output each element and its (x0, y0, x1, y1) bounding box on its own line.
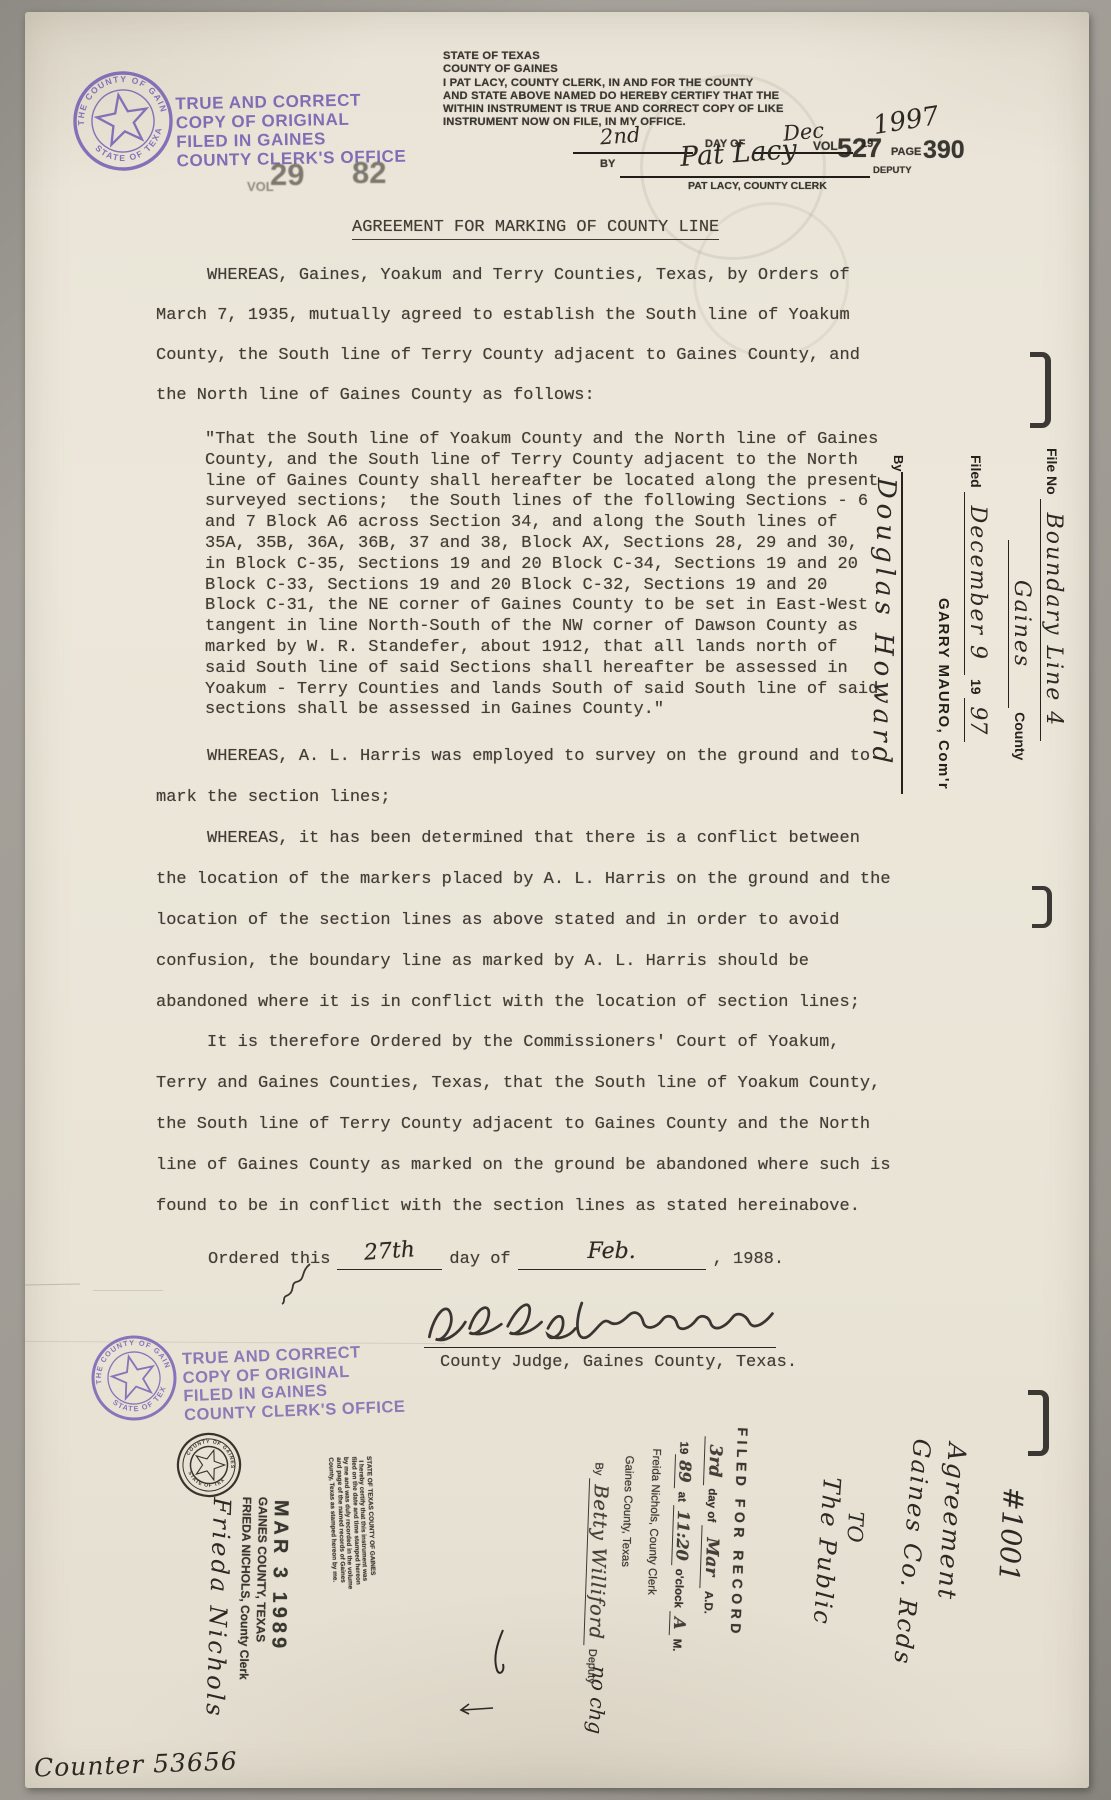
judge-signature-line (424, 1347, 776, 1348)
by-label: By (891, 455, 906, 472)
certification-stamp: STATE OF TEXAS COUNTY OF GAINES I PAT LA… (443, 50, 784, 130)
svg-text:STATE OF TEXAS: STATE OF TEXAS (105, 1364, 173, 1419)
file-no-label: File No (1044, 448, 1060, 495)
file-no-handwriting: Boundary Line 4 (1040, 499, 1066, 742)
ordered-month-fill: Feb. (518, 1244, 706, 1270)
deputy-label: DEPUTY (873, 165, 912, 176)
docket-number: #1001 (992, 1486, 1030, 1582)
seal-bottom-text: STATE OF TEXAS (105, 1364, 173, 1419)
record-ampm-handwriting: A (669, 1611, 690, 1636)
vol-label: VOL (813, 139, 838, 153)
faint-vol-b: 82 (352, 155, 386, 191)
filed-line: Filed December 9 19 97 (965, 455, 990, 742)
quote-block: "That the South line of Yoakum County an… (205, 430, 878, 721)
deputy-signature: Betty Williford (583, 1478, 612, 1646)
record-dayof-label: day of (705, 1488, 718, 1522)
clerk-name-label: PAT LACY, COUNTY CLERK (688, 180, 827, 192)
cert-line: AND STATE ABOVE NAMED DO HEREBY CERTIFY … (443, 90, 784, 103)
record-m-label: M. (670, 1638, 682, 1651)
paragraph-4: It is therefore Ordered by the Commissio… (156, 1022, 891, 1227)
county-judge-signature (423, 1290, 783, 1352)
county-line: Gaines County (1009, 540, 1034, 760)
gaines-county-seal: THE COUNTY OF GAINES STATE OF TEXAS (79, 1323, 188, 1432)
paragraph-3: WHEREAS, it has been determined that the… (156, 818, 891, 1023)
ordered-day-fill: 27th (337, 1244, 442, 1270)
record-at-label: at (675, 1492, 687, 1503)
recording-certification-stamp: STATE OF TEXAS COUNTY OF GAINES I hereby… (326, 1456, 376, 1590)
ordered-mid: day of (449, 1250, 510, 1269)
cert-line: STATE OF TEXAS (443, 50, 784, 63)
paragraph-2: WHEREAS, A. L. Harris was employed to su… (156, 736, 870, 818)
filed-for-record-stamp: FILED FOR RECORD 3rd day of Mar A.D. 198… (577, 1422, 756, 1689)
record-time-handwriting: 11:20 (671, 1505, 693, 1566)
filed-label: Filed (968, 455, 984, 488)
filed-year-handwriting: 97 (964, 698, 990, 742)
paragraph-1: WHEREAS, Gaines, Yoakum and Terry Counti… (156, 256, 860, 416)
judge-title: County Judge, Gaines County, Texas. (440, 1353, 797, 1372)
county-label: County (1012, 712, 1028, 760)
frieda-nichols-signature: Frieda Nichols (200, 1497, 236, 1719)
date-received-stamp: MAR 3 1989 (266, 1500, 292, 1653)
file-no-line: File No Boundary Line 4 (1041, 448, 1066, 741)
ordered-day-handwriting: 27th (364, 1237, 417, 1265)
crease-mark (93, 1290, 163, 1291)
docket-grantor: Gaines Co. Rcds (888, 1438, 936, 1667)
margin-bracket (1028, 1390, 1049, 1456)
by-signature-line (901, 472, 903, 794)
copy-stamp: TRUE AND CORRECT COPY OF ORIGINAL FILED … (182, 1342, 406, 1425)
record-year-handwriting: 89 (674, 1454, 695, 1489)
paper: THE COUNTY OF GAINES STATE OF TEXAS TRUE… (25, 12, 1089, 1788)
arrow-pen-mark (455, 1700, 495, 1718)
crease-mark (25, 1284, 80, 1286)
filed-yearpre: 19 (968, 679, 984, 695)
page-number: 390 (923, 136, 965, 165)
docket-title: Agreement (932, 1442, 972, 1602)
counter-note: Counter 53656 (34, 1746, 239, 1782)
docket-to: TO (842, 1511, 868, 1543)
document-title: AGREEMENT FOR MARKING OF COUNTY LINE (352, 218, 719, 240)
page-label: PAGE (891, 146, 921, 158)
docket-grantee: The Public (808, 1476, 846, 1627)
cert-line: I PAT LACY, COUNTY CLERK, IN AND FOR THE… (443, 77, 784, 90)
cert-line: WITHIN INSTRUMENT IS TRUE AND CORRECT CO… (443, 103, 784, 116)
margin-bracket (1032, 886, 1052, 928)
douglas-howard-signature: Douglas Howard (866, 477, 901, 768)
record-oclock-label: o'clock (672, 1569, 685, 1609)
record-yearpre: 19 (677, 1441, 689, 1454)
clerk-name-stamp: FRIEDA NICHOLS, County Clerk (237, 1497, 254, 1680)
margin-bracket (1030, 352, 1051, 428)
cert-line: COUNTY OF GAINES (443, 63, 784, 76)
record-by-label: By (592, 1462, 604, 1475)
faint-vol-a: 29 (270, 157, 304, 193)
pen-scratch-mark (268, 1262, 328, 1306)
gaines-county-seal: THE COUNTY OF GAINES STATE OF TEXAS (63, 61, 183, 181)
ordered-month-handwriting: Feb. (588, 1239, 636, 1264)
cert-by-label: BY (600, 158, 615, 170)
commissioner-name: GARRY MAURO, Com'r (935, 598, 952, 790)
county-handwriting: Gaines (1008, 540, 1034, 708)
clerk-seal: COUNTY OF GAINES STATE OF TEXAS (167, 1423, 250, 1506)
record-month-handwriting: Mar (699, 1525, 722, 1588)
record-day-handwriting: 3rd (703, 1436, 726, 1485)
star-icon (94, 91, 152, 147)
cert-day-handwriting: 2nd (599, 123, 641, 150)
page-scan: THE COUNTY OF GAINES STATE OF TEXAS TRUE… (0, 0, 1111, 1800)
record-ad-label: A.D. (701, 1591, 714, 1614)
no-charge-note: no chg (583, 1665, 612, 1735)
ordered-suffix: , 1988. (713, 1250, 784, 1269)
checkmark-pen-mark (483, 1628, 509, 1678)
filed-date-handwriting: December 9 (964, 492, 990, 675)
